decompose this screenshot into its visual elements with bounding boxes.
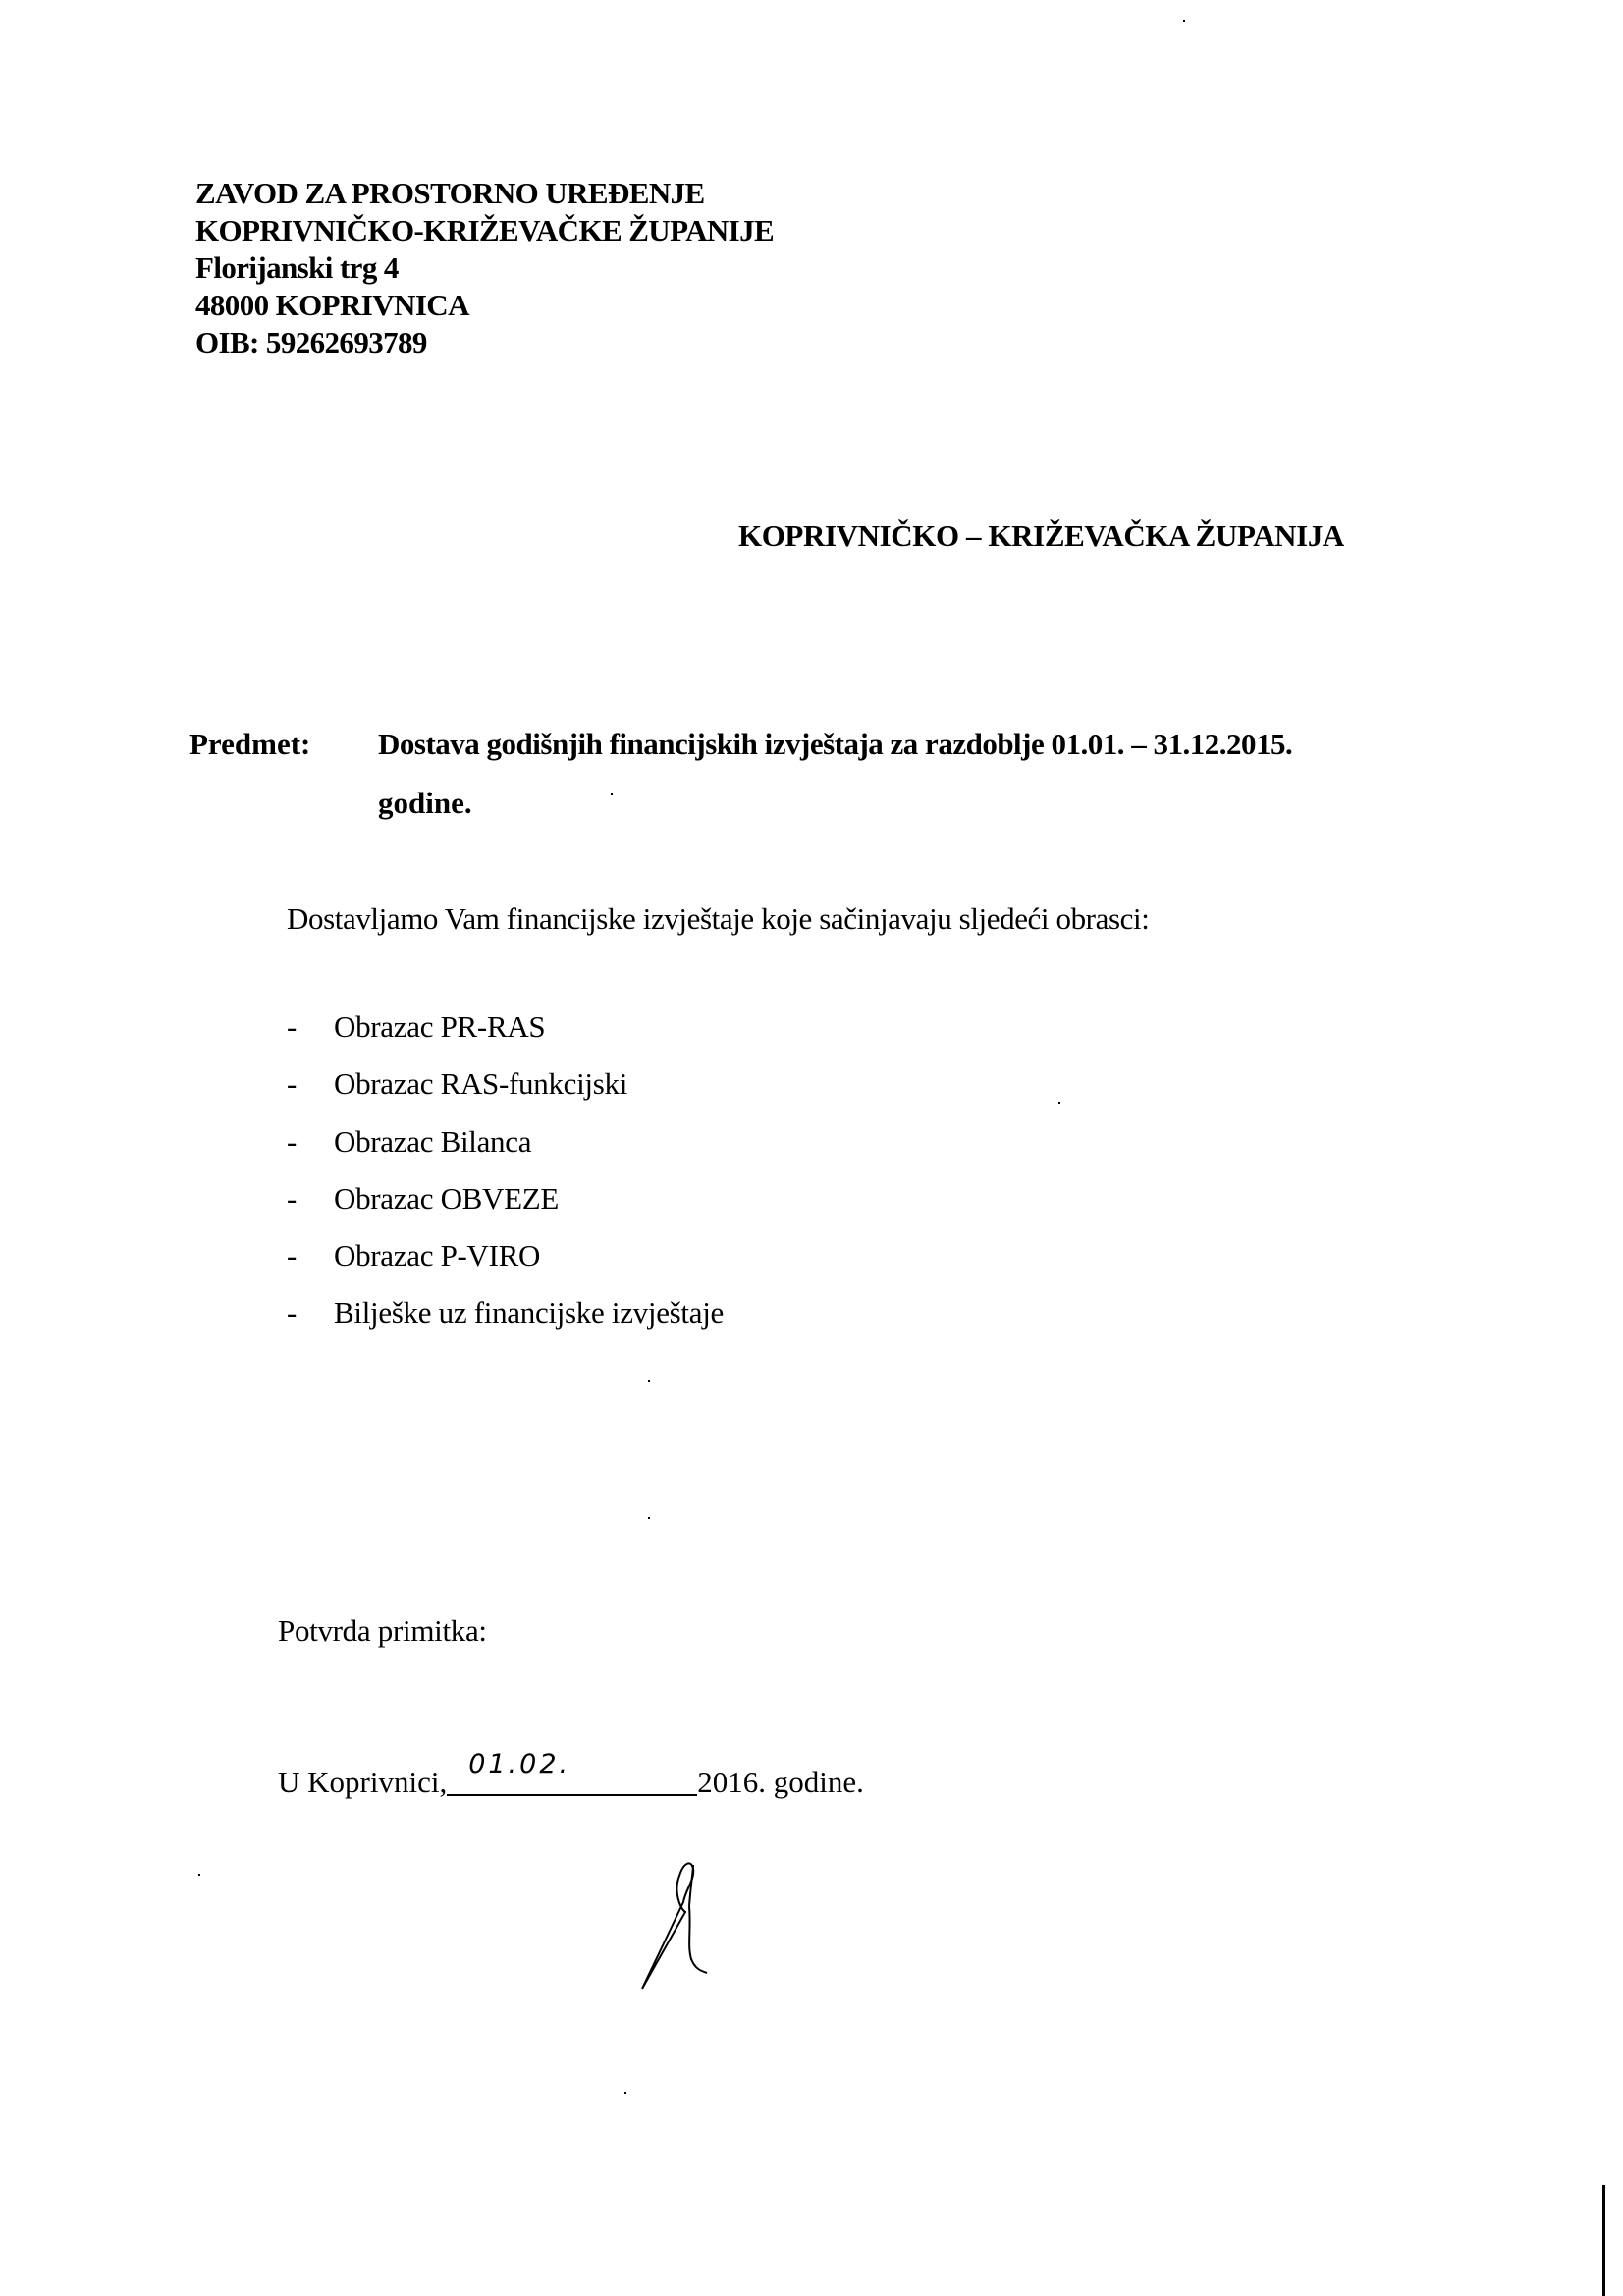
scan-speck	[648, 1380, 650, 1382]
sender-city: 48000 KOPRIVNICA	[195, 287, 469, 324]
place-suffix: 2016. godine.	[697, 1765, 864, 1800]
handwritten-date: 01.02.	[468, 1749, 570, 1779]
list-item: -Bilješke uz financijske izvještaje	[287, 1295, 724, 1352]
dash-bullet: -	[287, 1181, 334, 1217]
place-prefix: U Koprivnici,	[278, 1765, 447, 1800]
scan-speck	[624, 2092, 626, 2094]
dash-bullet: -	[287, 1124, 334, 1160]
form-label: Obrazac RAS-funkcijski	[334, 1066, 627, 1102]
dash-bullet: -	[287, 1066, 334, 1102]
subject-label: Predmet:	[189, 727, 310, 762]
list-item: -Obrazac OBVEZE	[287, 1181, 724, 1238]
list-item: -Obrazac P-VIRO	[287, 1238, 724, 1295]
sender-oib: OIB: 59262693789	[195, 324, 427, 361]
receipt-label: Potvrda primitka:	[278, 1613, 487, 1649]
scan-speck	[1058, 1102, 1060, 1104]
form-label: Bilješke uz financijske izvještaje	[334, 1295, 724, 1331]
form-label: Obrazac PR-RAS	[334, 1010, 545, 1045]
list-item: -Obrazac PR-RAS	[287, 1010, 724, 1066]
forms-list: -Obrazac PR-RAS -Obrazac RAS-funkcijski …	[287, 1010, 724, 1353]
scan-speck	[611, 793, 613, 795]
subject-line2: godine.	[378, 786, 472, 821]
date-blank: 01.02.	[447, 1765, 697, 1796]
signature-icon	[628, 1851, 756, 1998]
scan-speck	[198, 1874, 200, 1876]
sender-name-line2: KOPRIVNIČKO-KRIŽEVAČKE ŽUPANIJE	[195, 212, 774, 249]
recipient: KOPRIVNIČKO – KRIŽEVAČKA ŽUPANIJA	[738, 519, 1344, 554]
sender-name-line1: ZAVOD ZA PROSTORNO UREĐENJE	[195, 175, 705, 212]
list-item: -Obrazac Bilanca	[287, 1124, 724, 1181]
dash-bullet: -	[287, 1010, 334, 1045]
dash-bullet: -	[287, 1238, 334, 1274]
form-label: Obrazac OBVEZE	[334, 1181, 559, 1217]
list-item: -Obrazac RAS-funkcijski	[287, 1066, 724, 1123]
scan-edge-line	[1602, 2185, 1605, 2296]
dash-bullet: -	[287, 1295, 334, 1331]
form-label: Obrazac Bilanca	[334, 1124, 531, 1160]
scan-speck	[1183, 20, 1185, 22]
subject-line1: Dostava godišnjih financijskih izvještaj…	[378, 727, 1292, 762]
scan-speck	[648, 1517, 650, 1519]
sender-address: Florijanski trg 4	[195, 249, 399, 287]
intro-text: Dostavljamo Vam financijske izvještaje k…	[287, 902, 1149, 937]
place-date-line: U Koprivnici, 01.02. 2016. godine.	[278, 1765, 864, 1800]
form-label: Obrazac P-VIRO	[334, 1238, 540, 1274]
